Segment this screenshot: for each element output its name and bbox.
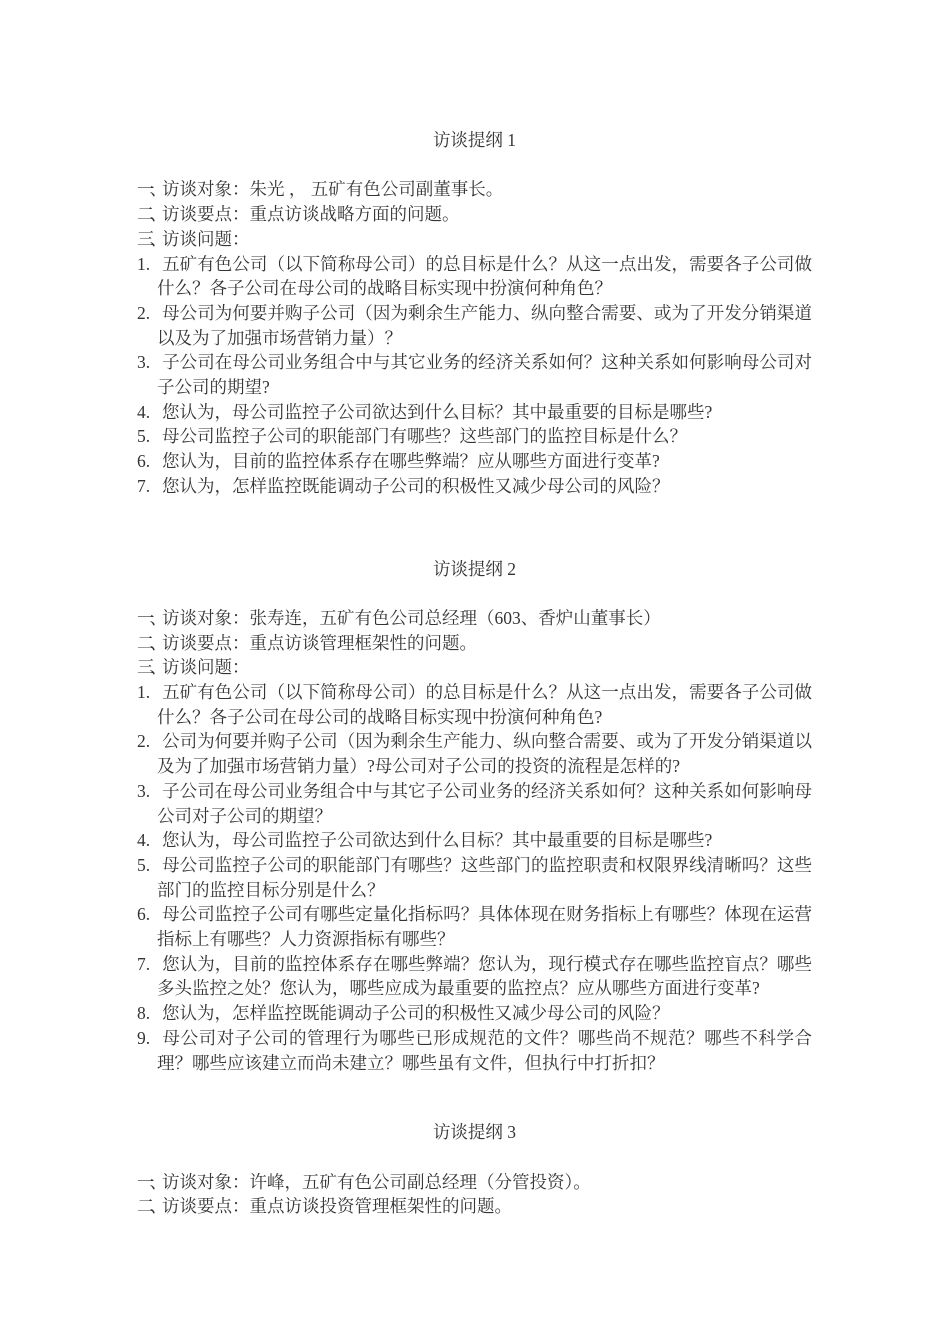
question-item: 4.您认为，母公司监控子公司欲达到什么目标？其中最重要的目标是哪些? <box>137 828 812 853</box>
question-number: 5. <box>137 853 162 878</box>
list-marker: 二、 <box>137 204 162 224</box>
list-marker: 二、 <box>137 633 162 653</box>
question-text: 您认为，目前的监控体系存在哪些弊端？应从哪些方面进行变革? <box>162 451 660 471</box>
question-item: 4.您认为，母公司监控子公司欲达到什么目标？其中最重要的目标是哪些? <box>137 400 812 425</box>
meta-line-questions: 三、访谈问题： <box>137 655 812 680</box>
list-marker: 一、 <box>137 1172 162 1192</box>
question-number: 9. <box>137 1026 162 1051</box>
section-title: 访谈提纲 3 <box>137 1120 812 1145</box>
question-item: 7.您认为，目前的监控体系存在哪些弊端？您认为，现行模式存在哪些监控盲点？哪些多… <box>137 952 812 1001</box>
question-item: 7.您认为，怎样监控既能调动子公司的积极性又减少母公司的风险？ <box>137 474 812 499</box>
question-number: 7. <box>137 952 162 977</box>
question-number: 3. <box>137 779 162 804</box>
question-text: 五矿有色公司（以下简称母公司）的总目标是什么？从这一点出发，需要各子公司做什么？… <box>157 254 812 299</box>
question-number: 6. <box>137 902 162 927</box>
section-title: 访谈提纲 1 <box>137 128 812 153</box>
question-text: 母公司为何要并购子公司（因为剩余生产能力、纵向整合需要、或为了开发分销渠道以及为… <box>157 303 812 348</box>
question-text: 您认为，怎样监控既能调动子公司的积极性又减少母公司的风险？ <box>162 476 670 496</box>
question-text: 您认为，母公司监控子公司欲达到什么目标？其中最重要的目标是哪些? <box>162 830 712 850</box>
meta-text: 访谈要点：重点访谈战略方面的问题。 <box>162 204 460 224</box>
meta-text: 访谈对象：朱光 ， 五矿有色公司副董事长。 <box>162 179 503 199</box>
meta-line-focus: 二、访谈要点：重点访谈战略方面的问题。 <box>137 202 812 227</box>
question-item: 6.母公司监控子公司有哪些定量化指标吗？具体体现在财务指标上有哪些？体现在运营指… <box>137 902 812 951</box>
question-number: 2. <box>137 301 162 326</box>
question-item: 5.母公司监控子公司的职能部门有哪些？这些部门的监控目标是什么？ <box>137 424 812 449</box>
question-item: 2.母公司为何要并购子公司（因为剩余生产能力、纵向整合需要、或为了开发分销渠道以… <box>137 301 812 350</box>
document-page: 访谈提纲 1 一、访谈对象：朱光 ， 五矿有色公司副董事长。 二、访谈要点：重点… <box>0 0 950 1344</box>
outline-section-3: 访谈提纲 3 一、访谈对象：许峰，五矿有色公司副总经理（分管投资）。 二、访谈要… <box>137 1120 812 1219</box>
meta-text: 访谈对象：许峰，五矿有色公司副总经理（分管投资）。 <box>162 1172 591 1192</box>
question-item: 9.母公司对子公司的管理行为哪些已形成规范的文件？哪些尚不规范？哪些不科学合理？… <box>137 1026 812 1075</box>
question-number: 3. <box>137 350 162 375</box>
question-item: 5.母公司监控子公司的职能部门有哪些？这些部门的监控职责和权限界线清晰吗？这些部… <box>137 853 812 902</box>
meta-text: 访谈对象：张寿连，五矿有色公司总经理（603、香炉山董事长） <box>162 608 661 628</box>
meta-line-interviewee: 一、访谈对象：张寿连，五矿有色公司总经理（603、香炉山董事长） <box>137 606 812 631</box>
question-text: 子公司在母公司业务组合中与其它业务的经济关系如何？这种关系如何影响母公司对子公司… <box>157 352 812 397</box>
list-marker: 三、 <box>137 229 162 249</box>
question-text: 您认为，怎样监控既能调动子公司的积极性又减少母公司的风险？ <box>162 1003 670 1023</box>
outline-section-1: 访谈提纲 1 一、访谈对象：朱光 ， 五矿有色公司副董事长。 二、访谈要点：重点… <box>137 128 812 499</box>
question-number: 1. <box>137 680 162 705</box>
meta-line-focus: 二、访谈要点：重点访谈投资管理框架性的问题。 <box>137 1194 812 1219</box>
question-number: 2. <box>137 729 162 754</box>
question-item: 1.五矿有色公司（以下简称母公司）的总目标是什么？从这一点出发，需要各子公司做什… <box>137 252 812 301</box>
meta-line-questions: 三、访谈问题： <box>137 227 812 252</box>
question-number: 8. <box>137 1001 162 1026</box>
question-text: 母公司对子公司的管理行为哪些已形成规范的文件？哪些尚不规范？哪些不科学合理？哪些… <box>157 1028 812 1073</box>
outline-section-2: 访谈提纲 2 一、访谈对象：张寿连，五矿有色公司总经理（603、香炉山董事长） … <box>137 557 812 1076</box>
list-marker: 一、 <box>137 179 162 199</box>
question-item: 3.子公司在母公司业务组合中与其它子公司业务的经济关系如何？这种关系如何影响母公… <box>137 779 812 828</box>
meta-text: 访谈问题： <box>162 657 250 677</box>
question-text: 子公司在母公司业务组合中与其它子公司业务的经济关系如何？这种关系如何影响母公司对… <box>157 781 812 826</box>
question-text: 您认为，母公司监控子公司欲达到什么目标？其中最重要的目标是哪些? <box>162 402 712 422</box>
question-number: 1. <box>137 252 162 277</box>
question-text: 母公司监控子公司有哪些定量化指标吗？具体体现在财务指标上有哪些？体现在运营指标上… <box>157 904 812 949</box>
meta-text: 访谈问题： <box>162 229 250 249</box>
question-item: 2.公司为何要并购子公司（因为剩余生产能力、纵向整合需要、或为了开发分销渠道以及… <box>137 729 812 778</box>
question-item: 6.您认为，目前的监控体系存在哪些弊端？应从哪些方面进行变革? <box>137 449 812 474</box>
question-number: 5. <box>137 424 162 449</box>
question-number: 7. <box>137 474 162 499</box>
meta-line-interviewee: 一、访谈对象：许峰，五矿有色公司副总经理（分管投资）。 <box>137 1170 812 1195</box>
question-text: 母公司监控子公司的职能部门有哪些？这些部门的监控职责和权限界线清晰吗？这些部门的… <box>157 855 812 900</box>
question-item: 1.五矿有色公司（以下简称母公司）的总目标是什么？从这一点出发，需要各子公司做什… <box>137 680 812 729</box>
question-number: 4. <box>137 828 162 853</box>
question-item: 8.您认为，怎样监控既能调动子公司的积极性又减少母公司的风险？ <box>137 1001 812 1026</box>
meta-line-focus: 二、访谈要点：重点访谈管理框架性的问题。 <box>137 631 812 656</box>
meta-line-interviewee: 一、访谈对象：朱光 ， 五矿有色公司副董事长。 <box>137 177 812 202</box>
question-text: 五矿有色公司（以下简称母公司）的总目标是什么？从这一点出发，需要各子公司做什么？… <box>157 682 812 727</box>
section-title: 访谈提纲 2 <box>137 557 812 582</box>
question-text: 公司为何要并购子公司（因为剩余生产能力、纵向整合需要、或为了开发分销渠道以及为了… <box>157 731 812 776</box>
question-text: 母公司监控子公司的职能部门有哪些？这些部门的监控目标是什么？ <box>162 426 687 446</box>
meta-text: 访谈要点：重点访谈管理框架性的问题。 <box>162 633 477 653</box>
list-marker: 二、 <box>137 1196 162 1216</box>
meta-text: 访谈要点：重点访谈投资管理框架性的问题。 <box>162 1196 512 1216</box>
question-text: 您认为，目前的监控体系存在哪些弊端？您认为，现行模式存在哪些监控盲点？哪些多头监… <box>157 954 812 999</box>
list-marker: 一、 <box>137 608 162 628</box>
question-number: 4. <box>137 400 162 425</box>
question-item: 3.子公司在母公司业务组合中与其它业务的经济关系如何？这种关系如何影响母公司对子… <box>137 350 812 399</box>
question-number: 6. <box>137 449 162 474</box>
list-marker: 三、 <box>137 657 162 677</box>
